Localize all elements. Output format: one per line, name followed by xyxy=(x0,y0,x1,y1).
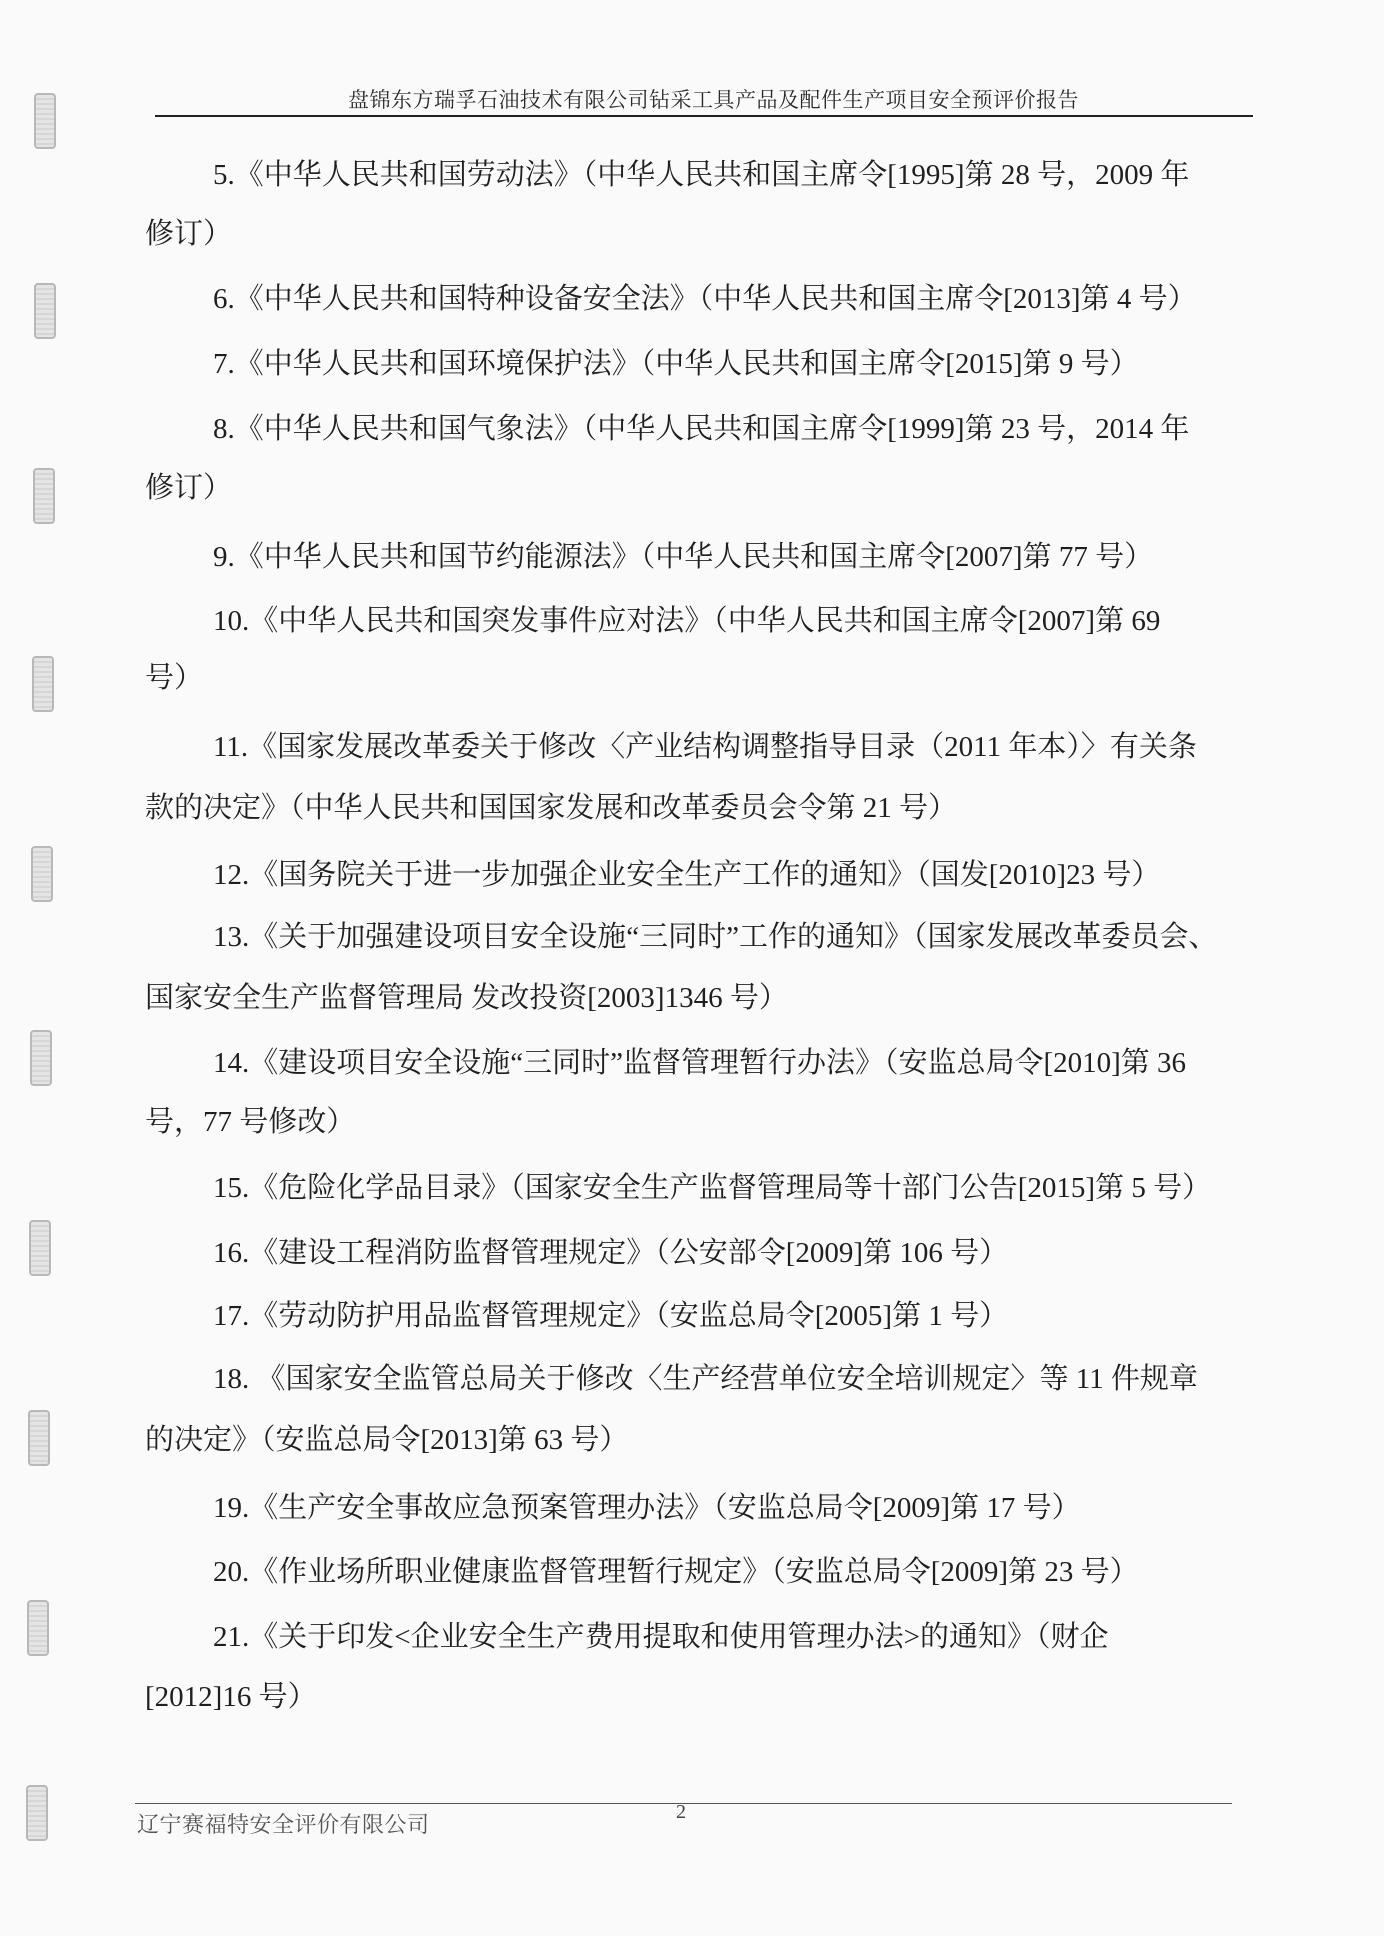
list-item-line: 13.《关于加强建设项目安全设施“三同时”工作的通知》（国家发展改革委员会、 xyxy=(213,919,1218,955)
list-item-line: 9.《中华人民共和国节约能源法》（中华人民共和国主席令[2007]第 77 号） xyxy=(213,539,1153,575)
running-header-title: 盘锦东方瑞孚石油技术有限公司钻采工具产品及配件生产项目安全预评价报告 xyxy=(348,84,1248,114)
binding-hole-mark xyxy=(34,283,56,339)
list-item-line: 的决定》（安监总局令[2013]第 63 号） xyxy=(145,1422,628,1458)
list-item-line: 18. 《国家安全监管总局关于修改〈生产经营单位安全培训规定〉等 11 件规章 xyxy=(213,1361,1198,1397)
list-item-line: 19.《生产安全事故应急预案管理办法》（安监总局令[2009]第 17 号） xyxy=(213,1490,1081,1526)
list-item-line: 15.《危险化学品目录》（国家安全生产监督管理局等十部门公告[2015]第 5 … xyxy=(213,1170,1211,1206)
binding-hole-mark xyxy=(33,468,55,524)
list-item-line: 11.《国家发展改革委关于修改〈产业结构调整指导目录（2011 年本）〉有关条 xyxy=(213,729,1197,765)
binding-hole-mark xyxy=(29,1220,51,1276)
list-item-line: 7.《中华人民共和国环境保护法》（中华人民共和国主席令[2015]第 9 号） xyxy=(213,346,1139,382)
list-item-line: 12.《国务院关于进一步加强企业安全生产工作的通知》（国发[2010]23 号） xyxy=(213,857,1160,893)
footer-company-name: 辽宁赛福特安全评价有限公司 xyxy=(137,1808,430,1839)
binding-hole-mark xyxy=(32,656,54,712)
binding-hole-mark xyxy=(34,93,56,149)
list-item-line: 21.《关于印发<企业安全生产费用提取和使用管理办法>的通知》（财企 xyxy=(213,1619,1108,1655)
list-item-line: 5.《中华人民共和国劳动法》（中华人民共和国主席令[1995]第 28 号，20… xyxy=(213,157,1189,193)
list-item-line: 号） xyxy=(145,660,203,696)
list-item-line: 20.《作业场所职业健康监督管理暂行规定》（安监总局令[2009]第 23 号） xyxy=(213,1554,1139,1590)
header-rule xyxy=(155,115,1253,117)
list-item-line: 修订） xyxy=(145,470,232,506)
binding-hole-mark xyxy=(31,846,53,902)
binding-hole-mark xyxy=(27,1600,49,1656)
list-item-line: 17.《劳动防护用品监督管理规定》（安监总局令[2005]第 1 号） xyxy=(213,1298,1008,1334)
binding-hole-mark xyxy=(30,1030,52,1086)
list-item-line: 8.《中华人民共和国气象法》（中华人民共和国主席令[1999]第 23 号，20… xyxy=(213,411,1189,447)
list-item-line: 号，77 号修改） xyxy=(145,1104,355,1140)
list-item-line: 款的决定》（中华人民共和国国家发展和改革委员会令第 21 号） xyxy=(145,790,957,826)
list-item-line: 10.《中华人民共和国突发事件应对法》（中华人民共和国主席令[2007]第 69 xyxy=(213,603,1160,639)
list-item-line: 修订） xyxy=(145,216,232,252)
list-item-line: [2012]16 号） xyxy=(145,1679,317,1715)
page-number: 2 xyxy=(676,1801,686,1824)
binding-hole-mark xyxy=(28,1410,50,1466)
binding-hole-mark xyxy=(26,1785,48,1841)
list-item-line: 国家安全生产监督管理局 发改投资[2003]1346 号） xyxy=(145,980,788,1016)
list-item-line: 14.《建设项目安全设施“三同时”监督管理暂行办法》（安监总局令[2010]第 … xyxy=(213,1045,1186,1081)
list-item-line: 16.《建设工程消防监督管理规定》（公安部令[2009]第 106 号） xyxy=(213,1235,1008,1271)
list-item-line: 6.《中华人民共和国特种设备安全法》（中华人民共和国主席令[2013]第 4 号… xyxy=(213,281,1197,317)
